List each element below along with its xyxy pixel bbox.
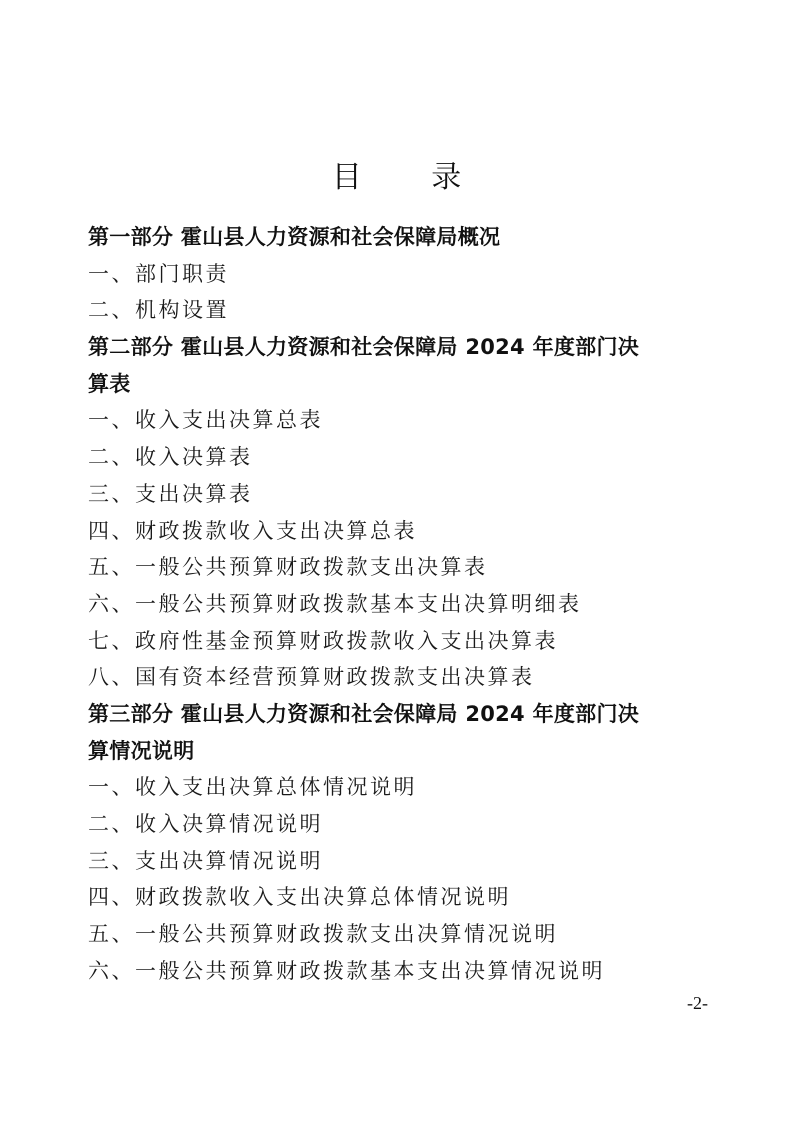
toc-item: 一、收入支出决算总体情况说明 — [88, 769, 713, 806]
toc-item: 一、收入支出决算总表 — [88, 402, 713, 439]
toc-item: 二、机构设置 — [88, 292, 713, 329]
toc-part2-heading: 第二部分 霍山县人力资源和社会保障局 2024 年度部门决 — [88, 329, 713, 366]
toc-item: 三、支出决算情况说明 — [88, 843, 713, 880]
toc-part2-heading-cont: 算表 — [88, 366, 713, 403]
toc-item: 六、一般公共预算财政拨款基本支出决算明细表 — [88, 586, 713, 623]
page-title: 目 录 — [0, 158, 793, 198]
table-of-contents: 第一部分 霍山县人力资源和社会保障局概况 一、部门职责 二、机构设置 第二部分 … — [88, 219, 713, 989]
toc-item: 五、一般公共预算财政拨款支出决算情况说明 — [88, 916, 713, 953]
toc-part1-heading: 第一部分 霍山县人力资源和社会保障局概况 — [88, 219, 713, 256]
toc-part3-heading-cont: 算情况说明 — [88, 733, 713, 770]
toc-item: 六、一般公共预算财政拨款基本支出决算情况说明 — [88, 953, 713, 990]
toc-item: 四、财政拨款收入支出决算总表 — [88, 513, 713, 550]
page-number: -2- — [687, 992, 708, 1014]
toc-item: 二、收入决算表 — [88, 439, 713, 476]
toc-item: 四、财政拨款收入支出决算总体情况说明 — [88, 879, 713, 916]
toc-item: 七、政府性基金预算财政拨款收入支出决算表 — [88, 623, 713, 660]
toc-part3-heading: 第三部分 霍山县人力资源和社会保障局 2024 年度部门决 — [88, 696, 713, 733]
toc-item: 五、一般公共预算财政拨款支出决算表 — [88, 549, 713, 586]
toc-item: 八、国有资本经营预算财政拨款支出决算表 — [88, 659, 713, 696]
toc-item: 二、收入决算情况说明 — [88, 806, 713, 843]
toc-item: 一、部门职责 — [88, 256, 713, 293]
toc-item: 三、支出决算表 — [88, 476, 713, 513]
